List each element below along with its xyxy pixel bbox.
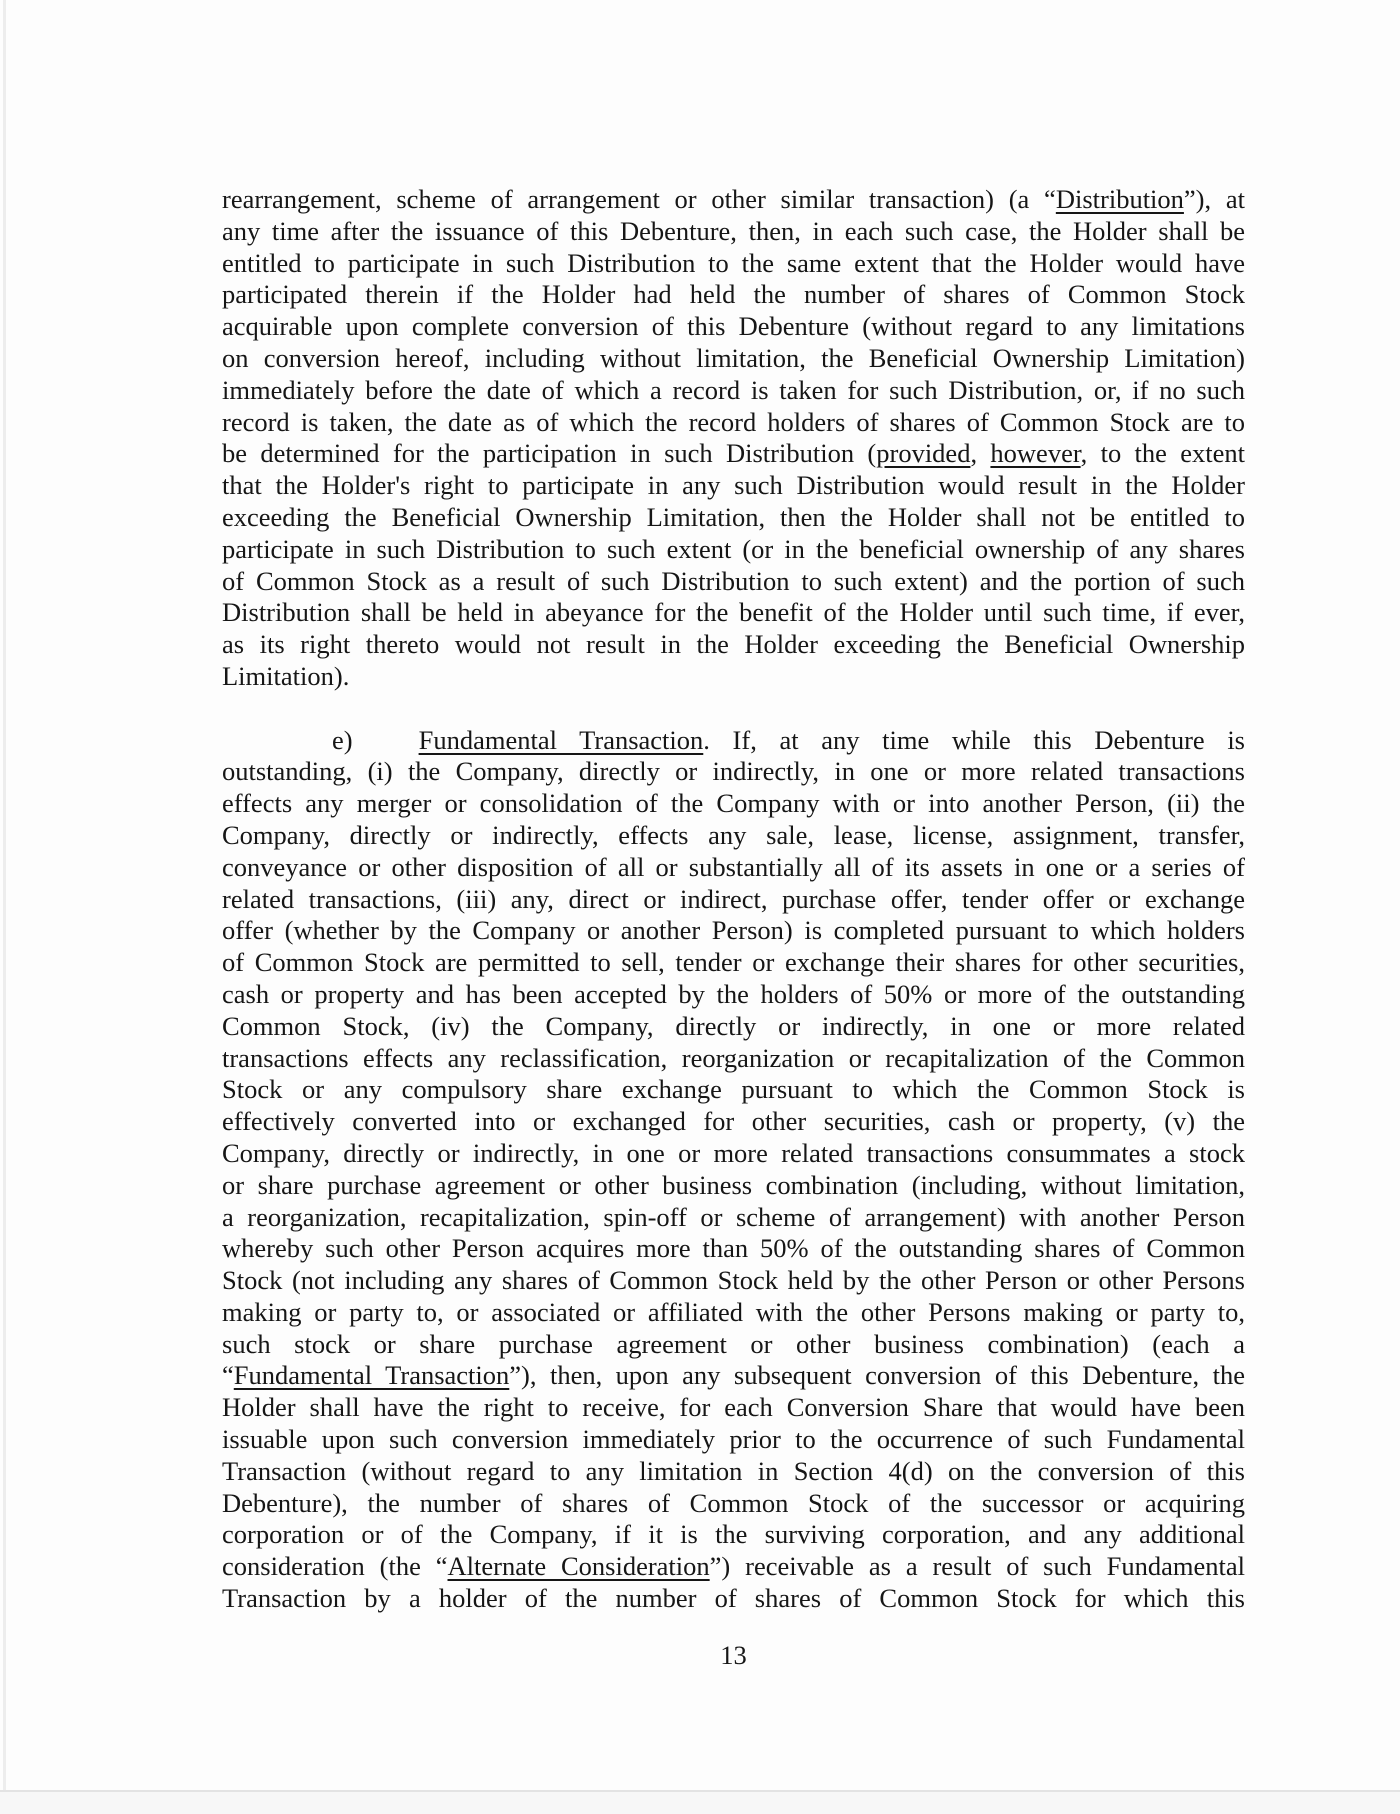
text-run: e) [332, 725, 353, 755]
text-line: of Common Stock as a result of such Dist… [222, 566, 1245, 598]
text-line: Holder shall have the right to receive, … [222, 1392, 1245, 1424]
text-run: of Common Stock are permitted to sell, t… [222, 947, 1245, 977]
text-line: Debenture), the number of shares of Comm… [222, 1488, 1245, 1520]
text-run: cash or property and has been accepted b… [222, 979, 1245, 1009]
text-run: record is taken, the date as of which th… [222, 407, 1245, 437]
text-line: Stock (not including any shares of Commo… [222, 1265, 1245, 1297]
text-run: . If, at any time while this Debenture i… [703, 725, 1245, 755]
text-line: as its right thereto would not result in… [222, 629, 1245, 661]
underlined-term: Fundamental Transaction [419, 725, 704, 755]
underlined-term: Distribution [1056, 184, 1184, 214]
text-run: acquirable upon complete conversion of t… [222, 311, 1245, 341]
document-page: rearrangement, scheme of arrangement or … [0, 0, 1400, 1814]
text-run: on conversion hereof, including without … [222, 343, 1245, 373]
text-run: Stock or any compulsory share exchange p… [222, 1074, 1245, 1104]
text-run: immediately before the date of which a r… [222, 375, 1245, 405]
text-run: Distribution shall be held in abeyance f… [222, 597, 1245, 627]
text-run: Transaction (without regard to any limit… [222, 1456, 1245, 1486]
text-run: Common Stock, (iv) the Company, directly… [222, 1011, 1245, 1041]
text-line: Company, directly or indirectly, effects… [222, 820, 1245, 852]
text-line: Transaction by a holder of the number of… [222, 1583, 1245, 1615]
text-line: entitled to participate in such Distribu… [222, 248, 1245, 280]
text-line: exceeding the Beneficial Ownership Limit… [222, 502, 1245, 534]
text-line: effectively converted into or exchanged … [222, 1106, 1245, 1138]
text-run: whereby such other Person acquires more … [222, 1233, 1245, 1263]
text-run: making or party to, or associated or aff… [222, 1297, 1245, 1327]
text-line: of Common Stock are permitted to sell, t… [222, 947, 1245, 979]
text-line: consideration (the “Alternate Considerat… [222, 1551, 1245, 1583]
text-run: Transaction by a holder of the number of… [222, 1583, 1245, 1613]
text-run: Limitation). [222, 661, 349, 691]
text-run: outstanding, (i) the Company, directly o… [222, 756, 1245, 786]
text-run: entitled to participate in such Distribu… [222, 248, 1245, 278]
text-line: record is taken, the date as of which th… [222, 407, 1245, 439]
text-run: effectively converted into or exchanged … [222, 1106, 1245, 1136]
text-line: related transactions, (iii) any, direct … [222, 884, 1245, 916]
text-line: cash or property and has been accepted b… [222, 979, 1245, 1011]
text-run: , [970, 438, 990, 468]
text-run: “ [222, 1360, 234, 1390]
underlined-term: Fundamental Transaction [234, 1360, 510, 1390]
text-line: such stock or share purchase agreement o… [222, 1329, 1245, 1361]
text-line: outstanding, (i) the Company, directly o… [222, 756, 1245, 788]
text-run: Debenture), the number of shares of Comm… [222, 1488, 1245, 1518]
text-run: conveyance or other disposition of all o… [222, 852, 1245, 882]
text-run: Company, directly or indirectly, effects… [222, 820, 1245, 850]
text-line: on conversion hereof, including without … [222, 343, 1245, 375]
text-line: acquirable upon complete conversion of t… [222, 311, 1245, 343]
text-line: be determined for the participation in s… [222, 438, 1245, 470]
text-line: whereby such other Person acquires more … [222, 1233, 1245, 1265]
text-run: transactions effects any reclassificatio… [222, 1043, 1245, 1073]
text-line: conveyance or other disposition of all o… [222, 852, 1245, 884]
text-run: of Common Stock as a result of such Dist… [222, 566, 1245, 596]
text-line: immediately before the date of which a r… [222, 375, 1245, 407]
text-run: that the Holder's right to participate i… [222, 470, 1245, 500]
text-line: corporation or of the Company, if it is … [222, 1519, 1245, 1551]
text-line: or share purchase agreement or other bus… [222, 1170, 1245, 1202]
underlined-term: Alternate Consideration [448, 1551, 710, 1581]
text-run: corporation or of the Company, if it is … [222, 1519, 1245, 1549]
text-run: be determined for the participation in s… [222, 438, 876, 468]
text-run: such stock or share purchase agreement o… [222, 1329, 1245, 1359]
text-run: effects any merger or consolidation of t… [222, 788, 1245, 818]
text-line: any time after the issuance of this Debe… [222, 216, 1245, 248]
text-line: making or party to, or associated or aff… [222, 1297, 1245, 1329]
text-run: offer (whether by the Company or another… [222, 915, 1245, 945]
text-run: participate in such Distribution to such… [222, 534, 1245, 564]
text-line: Limitation). [222, 661, 1245, 693]
text-run: rearrangement, scheme of arrangement or … [222, 184, 1056, 214]
scan-left-edge [3, 0, 6, 1814]
text-line: Transaction (without regard to any limit… [222, 1456, 1245, 1488]
text-line: transactions effects any reclassificatio… [222, 1043, 1245, 1075]
text-run: ”), at [1184, 184, 1245, 214]
text-line: Distribution shall be held in abeyance f… [222, 597, 1245, 629]
underlined-term: provided [876, 438, 970, 468]
text-run: issuable upon such conversion immediatel… [222, 1424, 1245, 1454]
text-line: Company, directly or indirectly, in one … [222, 1138, 1245, 1170]
text-run: Company, directly or indirectly, in one … [222, 1138, 1245, 1168]
text-run: consideration (the “ [222, 1551, 448, 1581]
text-run: , to the extent [1081, 438, 1245, 468]
paragraph: e)Fundamental Transaction. If, at any ti… [222, 725, 1245, 1615]
text-run: Holder shall have the right to receive, … [222, 1392, 1245, 1422]
text-run: a reorganization, recapitalization, spin… [222, 1202, 1245, 1232]
text-line: e)Fundamental Transaction. If, at any ti… [222, 725, 1245, 757]
paragraph: rearrangement, scheme of arrangement or … [222, 184, 1245, 693]
text-line: participate in such Distribution to such… [222, 534, 1245, 566]
text-line: effects any merger or consolidation of t… [222, 788, 1245, 820]
text-run: participated therein if the Holder had h… [222, 279, 1245, 309]
text-run: ”), then, upon any subsequent conversion… [509, 1360, 1245, 1390]
text-run: or share purchase agreement or other bus… [222, 1170, 1245, 1200]
text-line: Stock or any compulsory share exchange p… [222, 1074, 1245, 1106]
text-run: any time after the issuance of this Debe… [222, 216, 1245, 246]
text-run: related transactions, (iii) any, direct … [222, 884, 1245, 914]
text-line: participated therein if the Holder had h… [222, 279, 1245, 311]
text-run: exceeding the Beneficial Ownership Limit… [222, 502, 1245, 532]
text-line: offer (whether by the Company or another… [222, 915, 1245, 947]
text-run: Stock (not including any shares of Commo… [222, 1265, 1245, 1295]
text-line: Common Stock, (iv) the Company, directly… [222, 1011, 1245, 1043]
text-line: rearrangement, scheme of arrangement or … [222, 184, 1245, 216]
document-text: rearrangement, scheme of arrangement or … [222, 184, 1245, 1615]
text-run: ”) receivable as a result of such Fundam… [710, 1551, 1245, 1581]
text-line: that the Holder's right to participate i… [222, 470, 1245, 502]
text-line: issuable upon such conversion immediatel… [222, 1424, 1245, 1456]
page-number: 13 [222, 1640, 1245, 1671]
text-run: as its right thereto would not result in… [222, 629, 1245, 659]
text-line: “Fundamental Transaction”), then, upon a… [222, 1360, 1245, 1392]
text-line: a reorganization, recapitalization, spin… [222, 1202, 1245, 1234]
scan-bottom-margin [0, 1792, 1400, 1814]
underlined-term: however [990, 438, 1080, 468]
